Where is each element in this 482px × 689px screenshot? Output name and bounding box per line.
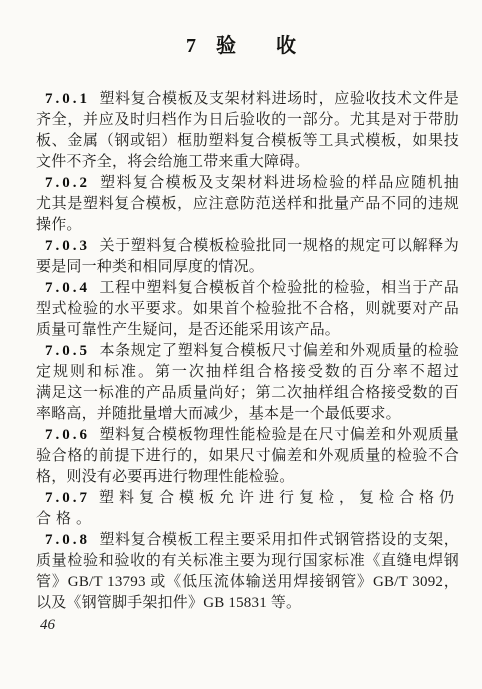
clause-first-line: 7.0.5本条规定了塑料复合模板尺寸偏差和外观质量的检验评 xyxy=(36,341,459,362)
clause-text: 塑料复合模板及支架材料进场检验的样品应随机抽取， xyxy=(45,175,459,194)
clause-line: 以及《钢管脚手架扣件》GB 15831 等。 xyxy=(36,593,459,614)
clause-first-line: 7.0.3关于塑料复合模板检验批同一规格的规定可以解释为主 xyxy=(36,236,459,257)
clause-number: 7.0.4 xyxy=(45,280,90,296)
clause-text: 本条规定了塑料复合模板尺寸偏差和外观质量的检验评 xyxy=(45,343,459,362)
clause-line: 操作。 xyxy=(36,215,459,236)
clause-line: 管》GB/T 13793 或《低压流体输送用焊接钢管》GB/T 3092， xyxy=(36,572,459,593)
chapter-title: 7 验 收 xyxy=(0,0,482,58)
clause-text: 塑料复合模板及支架材料进场时，应验收技术文件是否 xyxy=(45,91,459,110)
clause-line: 合格。 xyxy=(36,509,459,530)
clause-line: 板、金属（钢或铝）框肋塑料复合模板等工具式模板，如果技术 xyxy=(36,131,459,152)
clause-line: 定规则和标准。第一次抽样组合格接受数的百分率不超过 10％， xyxy=(36,362,459,383)
clause-line: 格，则没有必要再进行物理性能检验。 xyxy=(36,467,459,488)
clause-number: 7.0.5 xyxy=(45,343,90,359)
clause-line: 满足这一标准的产品质量尚好；第二次抽样组合格接受数的百分 xyxy=(36,383,459,404)
clause-text: 塑料复合模板工程主要采用扣件式钢管搭设的支架，其 xyxy=(45,532,459,551)
clause-line: 文件不齐全，将会给施工带来重大障碍。 xyxy=(36,152,459,173)
clause-number: 7.0.8 xyxy=(45,532,90,548)
clause-line: 质量可靠性产生疑问，是否还能采用该产品。 xyxy=(36,320,459,341)
clause-line: 质量检验和验收的有关标准主要为现行国家标准《直缝电焊钢 xyxy=(36,551,459,572)
clause-first-line: 7.0.1塑料复合模板及支架材料进场时，应验收技术文件是否 xyxy=(36,89,459,110)
clause-text: 关于塑料复合模板检验批同一规格的规定可以解释为主 xyxy=(45,238,459,257)
clause-line: 尤其是塑料复合模板，应注意防范送样和批量产品不同的违规 xyxy=(36,194,459,215)
clause-line: 齐全，并应及时归档作为日后验收的一部分。尤其是对于带肋模 xyxy=(36,110,459,131)
clause-number: 7.0.3 xyxy=(45,238,90,254)
page-number: 46 xyxy=(40,617,55,634)
clause-text: 塑料复合模板允许进行复检，复检合格仍可判定 xyxy=(45,490,459,509)
clause-number: 7.0.1 xyxy=(45,91,90,107)
clauses-container: 7.0.1塑料复合模板及支架材料进场时，应验收技术文件是否齐全，并应及时归档作为… xyxy=(36,89,459,614)
clause-first-line: 7.0.6塑料复合模板物理性能检验是在尺寸偏差和外观质量检 xyxy=(36,425,459,446)
clause-number: 7.0.6 xyxy=(45,427,90,443)
clause-first-line: 7.0.7塑料复合模板允许进行复检，复检合格仍可判定 xyxy=(36,488,459,509)
document-page: 7 验 收 7.0.1塑料复合模板及支架材料进场时，应验收技术文件是否齐全，并应… xyxy=(0,0,482,689)
clause-text: 工程中塑料复合模板首个检验批的检验，相当于产品的 xyxy=(45,280,459,299)
clause-first-line: 7.0.2塑料复合模板及支架材料进场检验的样品应随机抽取， xyxy=(36,173,459,194)
clause-number: 7.0.7 xyxy=(45,490,90,506)
clause-text: 塑料复合模板物理性能检验是在尺寸偏差和外观质量检 xyxy=(45,427,459,446)
clause-line: 率略高，并随批量增大而减少，基本是一个最低要求。 xyxy=(36,404,459,425)
clause-first-line: 7.0.8塑料复合模板工程主要采用扣件式钢管搭设的支架，其 xyxy=(36,530,459,551)
clause-line: 型式检验的水平要求。如果首个检验批不合格，则就要对产品的 xyxy=(36,299,459,320)
clause-line: 要是同一种类和相同厚度的情况。 xyxy=(36,257,459,278)
clause-line: 验合格的前提下进行的，如果尺寸偏差和外观质量的检验不合 xyxy=(36,446,459,467)
clause-first-line: 7.0.4工程中塑料复合模板首个检验批的检验，相当于产品的 xyxy=(36,278,459,299)
clause-number: 7.0.2 xyxy=(45,175,90,191)
